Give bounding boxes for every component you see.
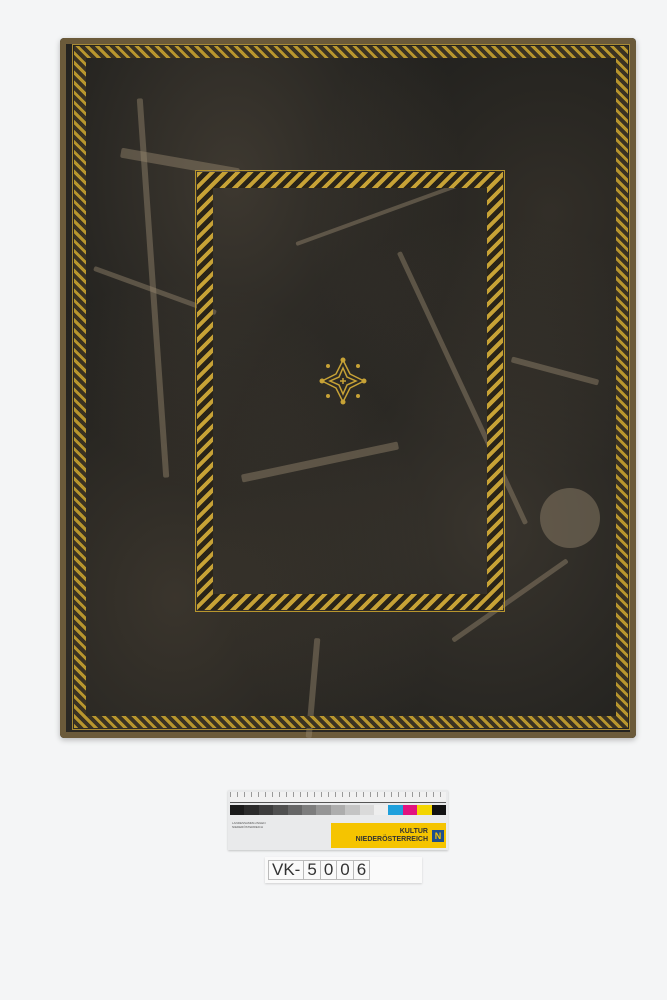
inventory-prefix: VK-: [268, 860, 304, 880]
brand-banner: KULTUR NIEDERÖSTERREICH N: [331, 823, 446, 848]
brand-text: KULTUR NIEDERÖSTERREICH: [356, 828, 428, 844]
inventory-digit: 0: [336, 860, 353, 880]
color-scale-card: LANDESSAMMLUNGEN NIEDERÖSTERREICH KULTUR…: [228, 790, 448, 850]
brand-line-1: KULTUR: [356, 828, 428, 836]
brand-line-2: NIEDERÖSTERREICH: [356, 836, 428, 844]
inventory-label: VK- 5 0 0 6: [265, 857, 422, 883]
center-ornament-icon: [318, 356, 368, 406]
inventory-digit: 6: [353, 860, 370, 880]
ruler: [230, 792, 446, 803]
institution-line-2: NIEDERÖSTERREICH: [232, 825, 266, 829]
book-cover: [60, 38, 636, 738]
brand-logo-icon: N: [432, 830, 444, 842]
color-swatches: [230, 805, 446, 815]
institution-logo: LANDESSAMMLUNGEN NIEDERÖSTERREICH: [232, 821, 266, 829]
inventory-digit: 0: [320, 860, 337, 880]
inventory-digit: 5: [303, 860, 320, 880]
